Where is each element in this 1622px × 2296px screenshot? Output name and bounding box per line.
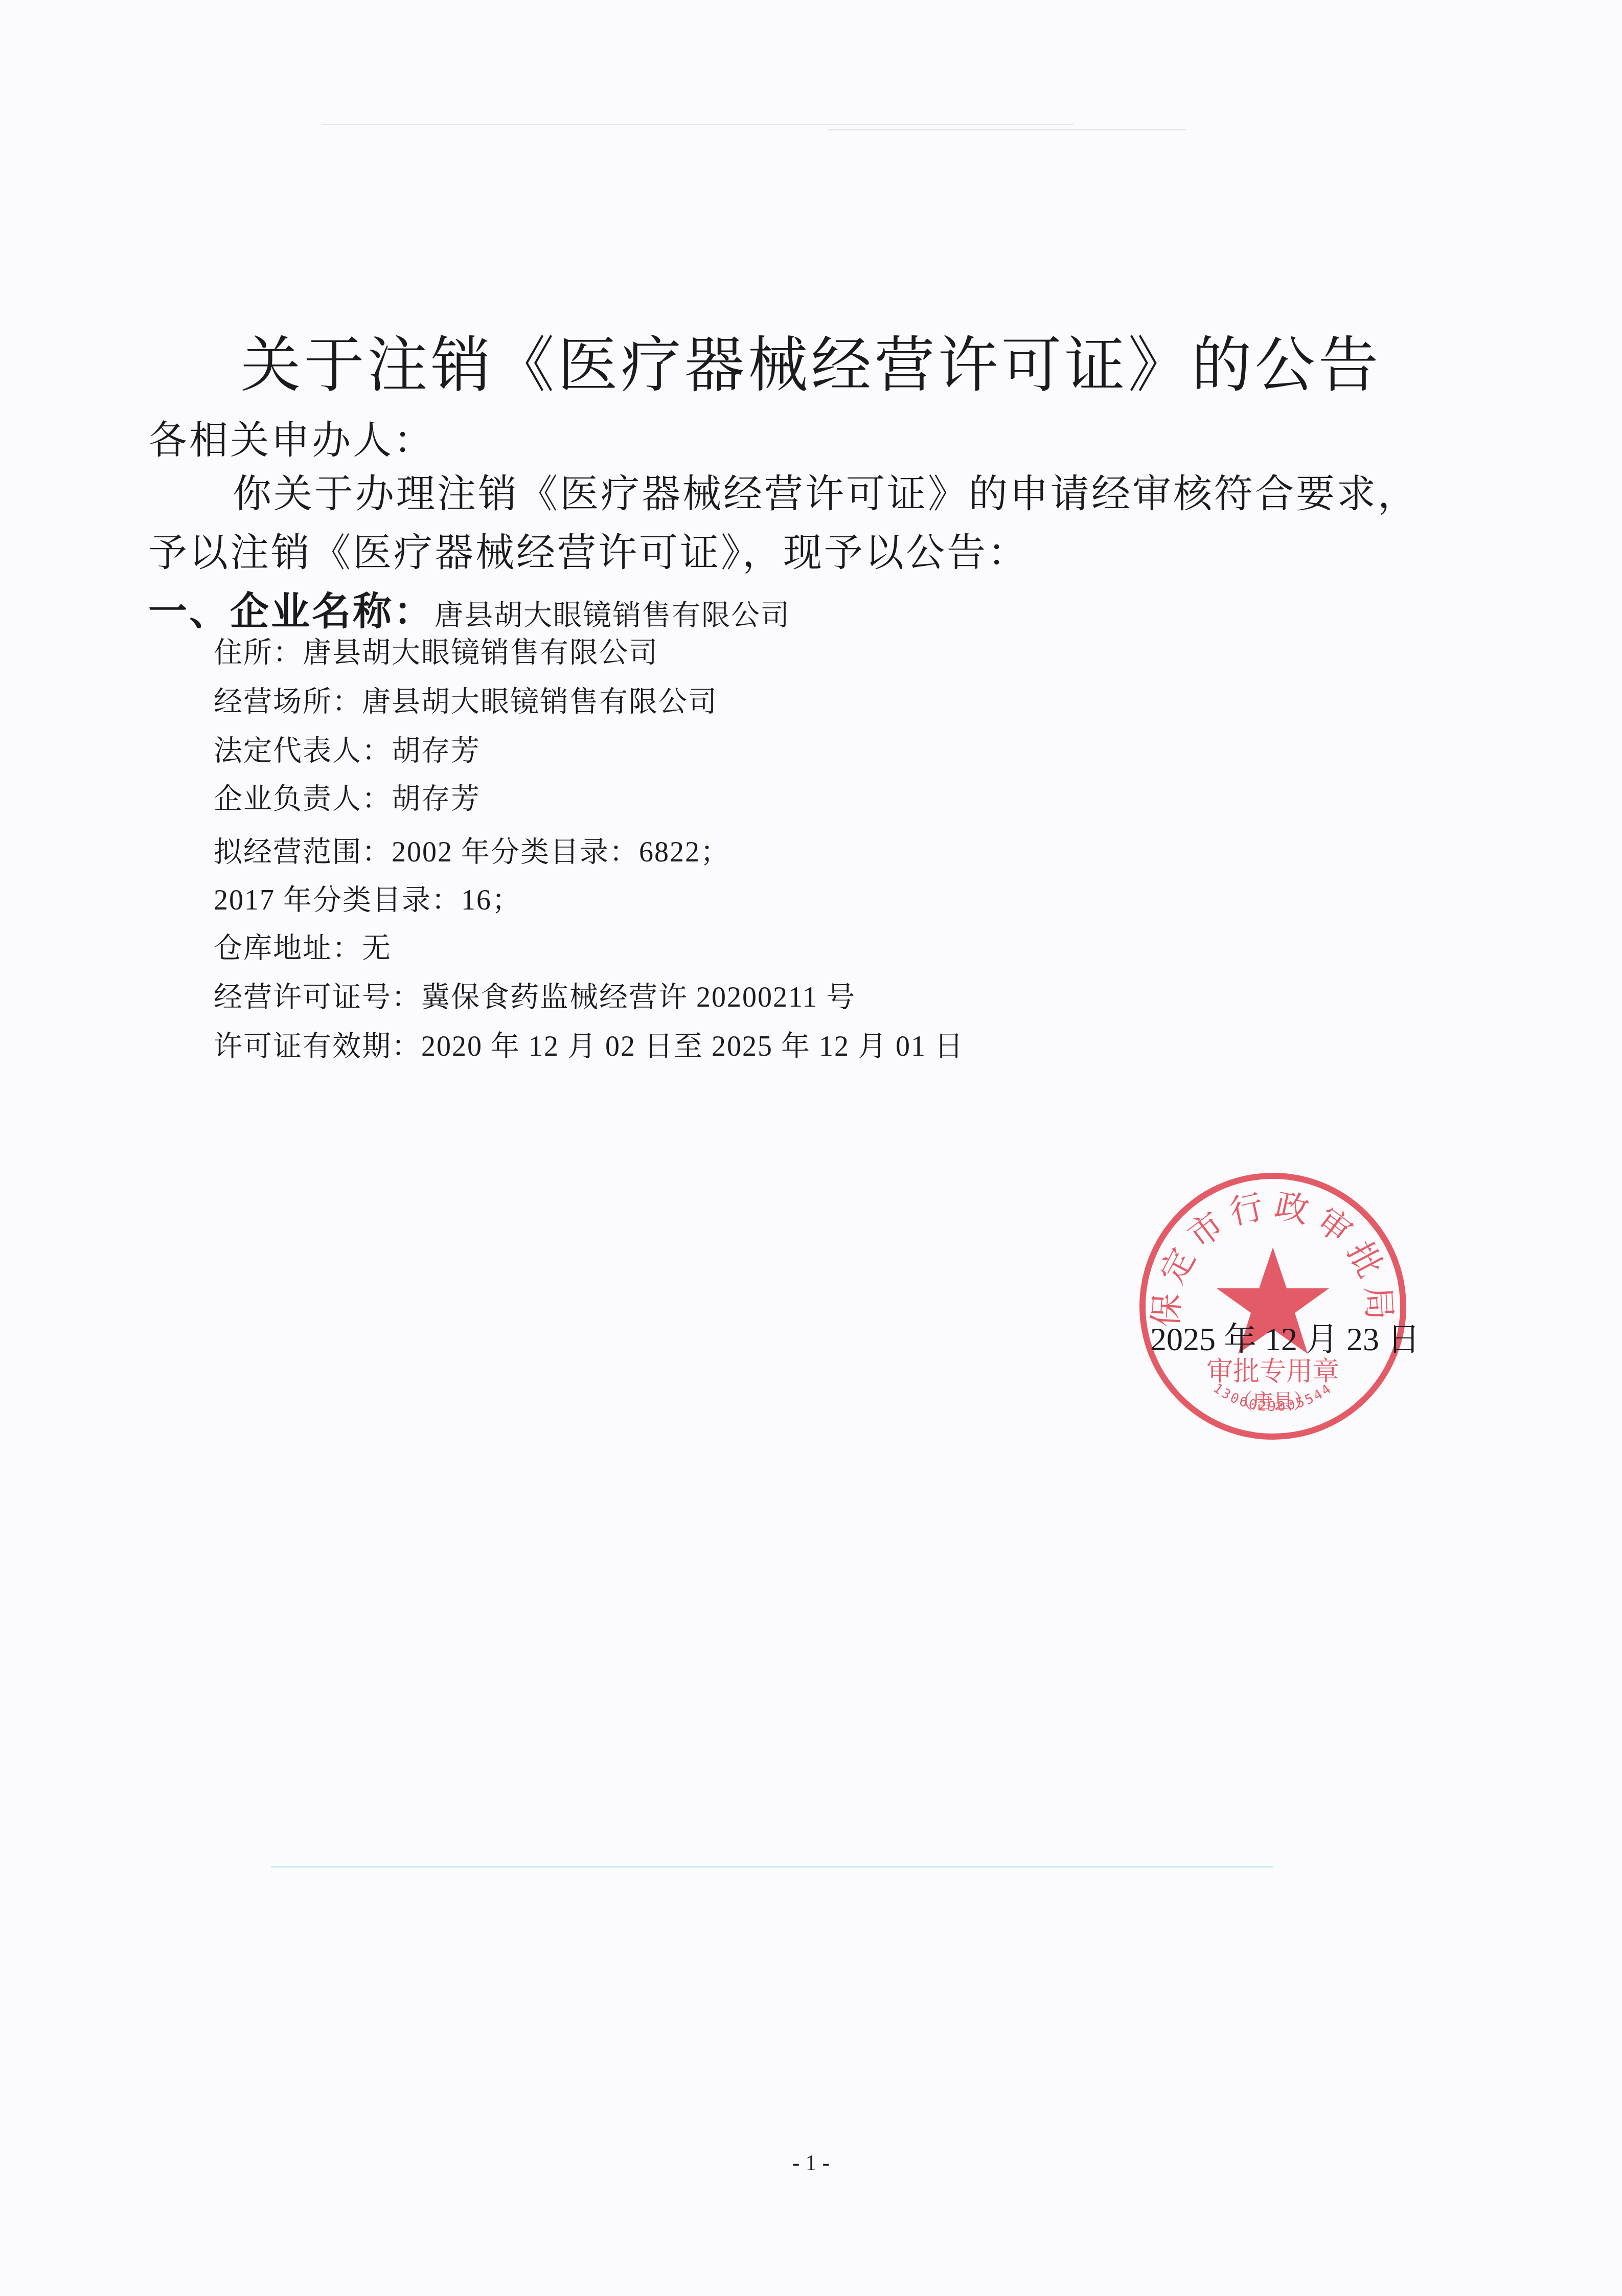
field-value: 2017 年分类目录：16； <box>214 884 521 916</box>
document-title: 关于注销《医疗器械经营许可证》的公告 <box>0 316 1622 403</box>
field-value: 胡存芳 <box>392 734 481 767</box>
body-paragraph-line-2: 予以注销《医疗器械经营许可证》，现予以公告： <box>148 521 1029 577</box>
field-value: 胡存芳 <box>392 782 481 815</box>
company-name: 唐县胡大眼镜销售有限公司 <box>435 599 790 632</box>
field-value: 2002 年分类目录：6822； <box>392 836 730 868</box>
field-label: 许可证有效期： <box>214 1030 421 1063</box>
field-business-premises: 经营场所：唐县胡大眼镜销售有限公司 <box>214 679 718 720</box>
scan-artifact-line-top <box>322 124 1073 125</box>
field-value: 无 <box>362 931 392 965</box>
scan-artifact-line-top-2 <box>828 129 1186 130</box>
field-business-scope: 拟经营范围：2002 年分类目录：6822； <box>214 829 730 870</box>
field-value: 2020 年 12 月 02 日至 2025 年 12 月 01 日 <box>421 1031 964 1062</box>
page-number: - 1 - <box>0 2150 1622 2176</box>
section-company-name: 一、企业名称：唐县胡大眼镜销售有限公司 <box>148 580 790 636</box>
field-label: 拟经营范围： <box>214 835 392 869</box>
field-license-number: 经营许可证号：冀保食药监械经营许 20200211 号 <box>214 974 856 1015</box>
field-label: 经营许可证号： <box>214 981 421 1014</box>
section-number: 一、 <box>148 588 230 634</box>
field-legal-representative: 法定代表人：胡存芳 <box>214 728 481 769</box>
field-label: 经营场所： <box>214 685 362 718</box>
official-seal: 保定市行政审批局 审批专用章 （唐县） 1306029005544 <box>1132 1166 1413 1447</box>
field-business-scope-2017: 2017 年分类目录：16； <box>214 877 521 918</box>
field-license-validity: 许可证有效期：2020 年 12 月 02 日至 2025 年 12 月 01 … <box>214 1024 964 1064</box>
field-person-in-charge: 企业负责人：胡存芳 <box>214 776 481 817</box>
field-label: 仓库地址： <box>214 931 362 965</box>
field-address: 住所：唐县胡大眼镜销售有限公司 <box>214 630 658 671</box>
field-label: 住所： <box>214 636 303 669</box>
field-label: 企业负责人： <box>214 782 392 815</box>
field-value: 唐县胡大眼镜销售有限公司 <box>362 685 718 718</box>
scan-artifact-line-bottom <box>271 1866 1273 1868</box>
salutation: 各相关申办人： <box>148 409 435 465</box>
field-value: 冀保食药监械经营许 20200211 号 <box>421 982 856 1013</box>
issue-date: 2025 年 12 月 23 日 <box>1150 1313 1420 1360</box>
field-value: 唐县胡大眼镜销售有限公司 <box>303 636 658 669</box>
section-label: 企业名称： <box>230 588 435 634</box>
seal-purpose: 审批专用章 <box>1206 1356 1339 1387</box>
body-paragraph-line-1: 你关于办理注销《医疗器械经营许可证》的申请经审核符合要求， <box>233 463 1419 518</box>
field-warehouse-address: 仓库地址：无 <box>214 925 392 966</box>
field-label: 法定代表人： <box>214 734 392 767</box>
